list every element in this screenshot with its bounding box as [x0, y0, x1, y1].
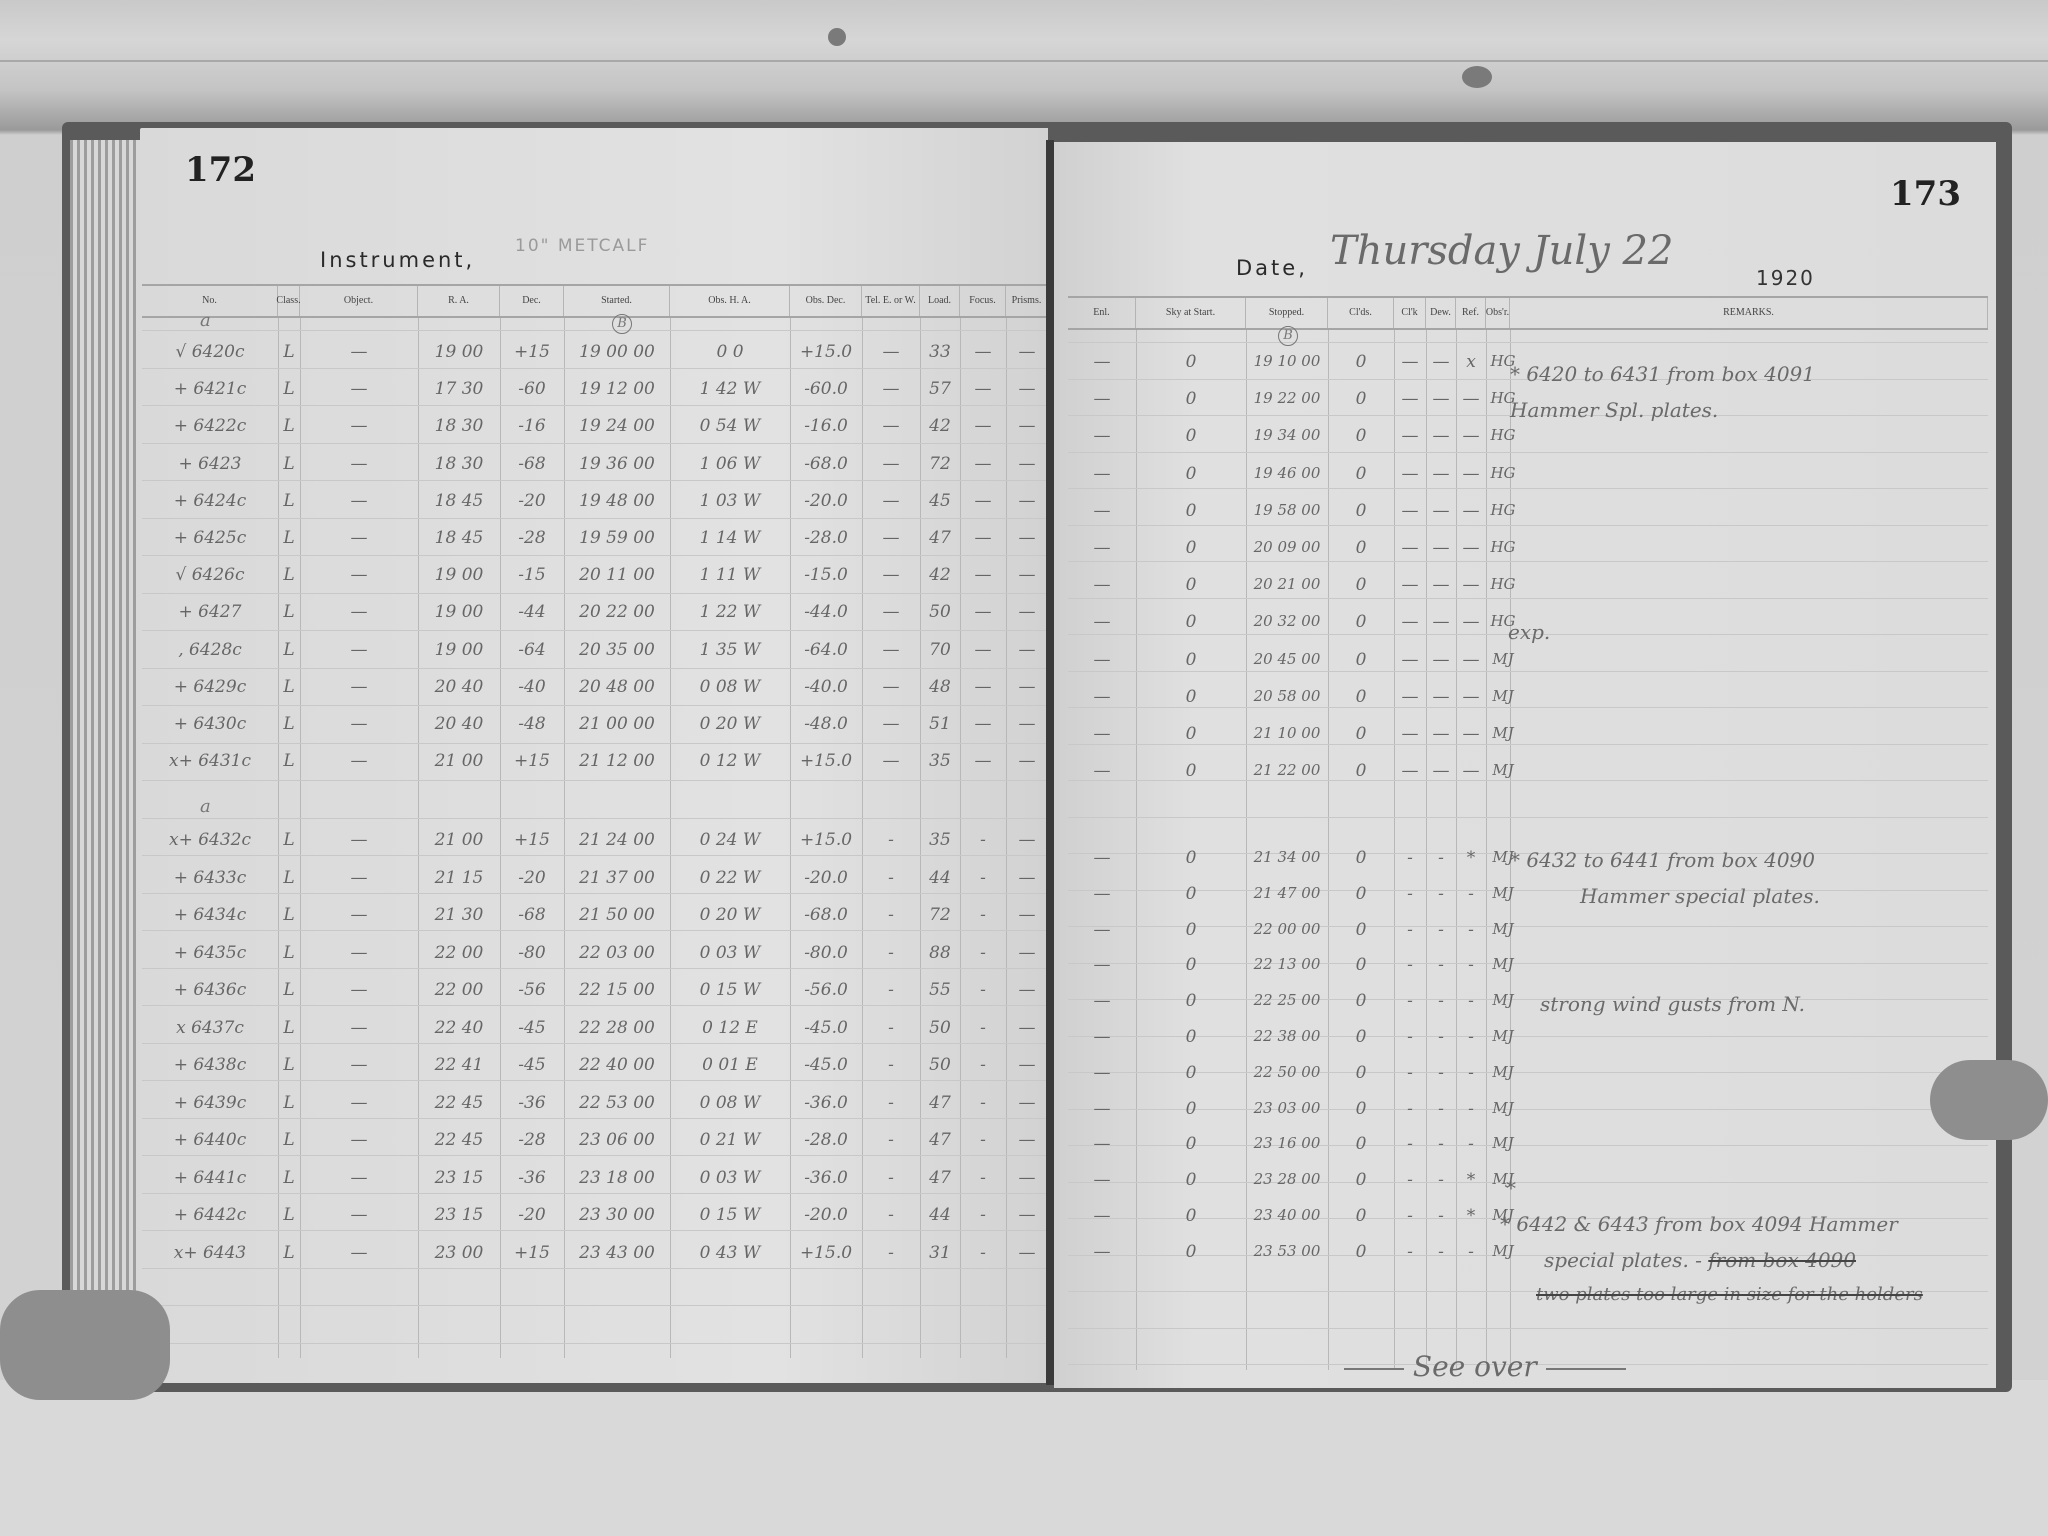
row-rule	[142, 1118, 1048, 1119]
row-rule	[142, 1155, 1048, 1156]
entry-object: —	[300, 830, 418, 850]
entry-dec: -68	[500, 454, 564, 474]
entry-enl: —	[1068, 884, 1136, 904]
entry-sky: 0	[1136, 687, 1246, 707]
entry-enl: —	[1068, 612, 1136, 632]
entry-ref: *	[1456, 848, 1486, 868]
entry-enl: —	[1068, 991, 1136, 1011]
entry-focus: -	[960, 1055, 1006, 1075]
entry-number: x+ 6443	[142, 1243, 278, 1263]
entry-sky: 0	[1136, 761, 1246, 781]
entry-clock: -	[1394, 1206, 1426, 1226]
entry-object: —	[300, 1055, 418, 1075]
entry-class: L	[278, 868, 300, 888]
entry-clouds: 0	[1328, 464, 1394, 484]
entry-stopped: 20 58 00	[1246, 687, 1328, 705]
entry-started: 20 35 00	[564, 640, 670, 660]
row-rule	[1068, 598, 1988, 599]
row-rule	[142, 705, 1048, 706]
entry-clouds: 0	[1328, 1063, 1394, 1083]
entry-obs-ha: 1 06 W	[670, 454, 790, 474]
entry-focus: -	[960, 1130, 1006, 1150]
row-rule	[142, 818, 1048, 819]
entry-clouds: 0	[1328, 761, 1394, 781]
entry-focus: -	[960, 1168, 1006, 1188]
entry-obs-dec: -68.0	[790, 905, 862, 925]
entry-load: 47	[920, 1130, 960, 1150]
entry-number: + 6435c	[142, 943, 278, 963]
entry-focus: —	[960, 602, 1006, 622]
row-rule	[142, 1268, 1048, 1269]
entry-sky: 0	[1136, 1027, 1246, 1047]
entry-load: 35	[920, 751, 960, 771]
entry-number: + 6421c	[142, 379, 278, 399]
footer-note-text: See over	[1413, 1350, 1537, 1383]
entry-object: —	[300, 751, 418, 771]
remark-line: *	[1506, 1176, 1516, 1200]
entry-observer: MJ	[1486, 1063, 1520, 1081]
instrument-value: 10" METCALF	[515, 236, 649, 256]
entry-clouds: 0	[1328, 1242, 1394, 1262]
entry-started: 20 22 00	[564, 602, 670, 622]
entry-dec: -48	[500, 714, 564, 734]
entry-clock: —	[1394, 501, 1426, 521]
row-rule	[142, 743, 1048, 744]
entry-stopped: 20 45 00	[1246, 650, 1328, 668]
entry-ra: 22 45	[418, 1130, 500, 1150]
entry-prisms: —	[1006, 1093, 1048, 1113]
entry-enl: —	[1068, 1063, 1136, 1083]
entry-obs-dec: -60.0	[790, 379, 862, 399]
entry-ref: —	[1456, 612, 1486, 632]
entry-ra: 22 45	[418, 1093, 500, 1113]
entry-ref: —	[1456, 501, 1486, 521]
entry-number: + 6441c	[142, 1168, 278, 1188]
entry-load: 72	[920, 454, 960, 474]
entry-clouds: 0	[1328, 955, 1394, 975]
entry-object: —	[300, 379, 418, 399]
entry-class: L	[278, 677, 300, 697]
entry-sky: 0	[1136, 352, 1246, 372]
entry-clock: —	[1394, 426, 1426, 446]
entry-tel: —	[862, 342, 920, 362]
entry-object: —	[300, 1130, 418, 1150]
entry-tel: -	[862, 1093, 920, 1113]
entry-obs-dec: -36.0	[790, 1093, 862, 1113]
entry-dew: -	[1426, 1099, 1456, 1119]
entry-sky: 0	[1136, 389, 1246, 409]
entry-stopped: 21 22 00	[1246, 761, 1328, 779]
entry-obs-ha: 0 20 W	[670, 905, 790, 925]
entry-stopped: 23 28 00	[1246, 1170, 1328, 1188]
entry-ra: 19 00	[418, 342, 500, 362]
entry-ref: -	[1456, 920, 1486, 940]
entry-started: 20 48 00	[564, 677, 670, 697]
stopped-annotation: B	[1278, 326, 1298, 346]
entry-class: L	[278, 905, 300, 925]
page-number-right: 173	[1890, 174, 1961, 214]
entry-stopped: 22 00 00	[1246, 920, 1328, 938]
entry-started: 21 24 00	[564, 830, 670, 850]
entry-object: —	[300, 868, 418, 888]
entry-obs-ha: 0 54 W	[670, 416, 790, 436]
column-header: Focus.	[960, 286, 1006, 316]
entry-load: 57	[920, 379, 960, 399]
entry-obs-dec: -45.0	[790, 1018, 862, 1038]
entry-ra: 22 00	[418, 943, 500, 963]
row-rule	[142, 630, 1048, 631]
entry-clouds: 0	[1328, 1170, 1394, 1190]
row-rule	[142, 555, 1048, 556]
entry-class: L	[278, 1243, 300, 1263]
row-rule	[142, 1080, 1048, 1081]
entry-ra: 19 00	[418, 565, 500, 585]
entry-enl: —	[1068, 1027, 1136, 1047]
entry-clock: -	[1394, 1027, 1426, 1047]
entry-prisms: —	[1006, 943, 1048, 963]
column-header: R. A.	[418, 286, 500, 316]
entry-dec: -15	[500, 565, 564, 585]
entry-obs-ha: 0 15 W	[670, 1205, 790, 1225]
entry-ra: 23 15	[418, 1168, 500, 1188]
entry-load: 33	[920, 342, 960, 362]
entry-focus: -	[960, 1243, 1006, 1263]
entry-clouds: 0	[1328, 884, 1394, 904]
entry-enl: —	[1068, 1099, 1136, 1119]
entry-enl: —	[1068, 1170, 1136, 1190]
entry-prisms: —	[1006, 868, 1048, 888]
entry-ra: 18 45	[418, 491, 500, 511]
remark-line: special plates. - from box 4090	[1544, 1248, 1856, 1272]
entry-number: + 6425c	[142, 528, 278, 548]
entry-sky: 0	[1136, 538, 1246, 558]
entry-number: , 6428c	[142, 640, 278, 660]
entry-started: 21 50 00	[564, 905, 670, 925]
entry-obs-ha: 0 15 W	[670, 980, 790, 1000]
entry-dew: —	[1426, 352, 1456, 372]
entry-prisms: —	[1006, 379, 1048, 399]
entry-dec: +15	[500, 830, 564, 850]
row-rule	[142, 1005, 1048, 1006]
entry-sky: 0	[1136, 464, 1246, 484]
entry-observer: HG	[1486, 501, 1520, 519]
entry-obs-dec: +15.0	[790, 751, 862, 771]
entry-started: 23 30 00	[564, 1205, 670, 1225]
row-rule	[142, 893, 1048, 894]
entry-observer: MJ	[1486, 724, 1520, 742]
entry-observer: HG	[1486, 464, 1520, 482]
entry-focus: —	[960, 416, 1006, 436]
entry-started: 19 24 00	[564, 416, 670, 436]
row-rule	[142, 855, 1048, 856]
left-table-header: No.Class.Object.R. A.Dec.Started.Obs. H.…	[142, 284, 1048, 318]
entry-enl: —	[1068, 501, 1136, 521]
entry-started: 22 40 00	[564, 1055, 670, 1075]
entry-dew: —	[1426, 724, 1456, 744]
entry-object: —	[300, 342, 418, 362]
entry-observer: HG	[1486, 426, 1520, 444]
row-rule	[142, 780, 1048, 781]
column-header: Tel. E. or W.	[862, 286, 920, 316]
entry-clock: —	[1394, 464, 1426, 484]
entry-focus: -	[960, 1205, 1006, 1225]
entry-sky: 0	[1136, 1206, 1246, 1226]
entry-class: L	[278, 640, 300, 660]
entry-load: 48	[920, 677, 960, 697]
remark-line: * 6420 to 6431 from box 4091	[1510, 362, 1815, 386]
entry-tel: —	[862, 528, 920, 548]
column-header: Dew.	[1426, 298, 1456, 328]
entry-obs-ha: 0 43 W	[670, 1243, 790, 1263]
entry-number: + 6438c	[142, 1055, 278, 1075]
entry-ref: -	[1456, 1063, 1486, 1083]
page-number-left: 172	[185, 150, 256, 190]
entry-focus: —	[960, 454, 1006, 474]
entry-prisms: —	[1006, 1018, 1048, 1038]
entry-load: 44	[920, 1205, 960, 1225]
column-header: Enl.	[1068, 298, 1136, 328]
entry-number: + 6423	[142, 454, 278, 474]
entry-prisms: —	[1006, 751, 1048, 771]
entry-object: —	[300, 602, 418, 622]
remark-line: * 6432 to 6441 from box 4090	[1510, 848, 1815, 872]
entry-prisms: —	[1006, 602, 1048, 622]
entry-sky: 0	[1136, 920, 1246, 940]
entry-clock: —	[1394, 612, 1426, 632]
dash-decoration	[1546, 1368, 1626, 1370]
entry-obs-ha: 1 14 W	[670, 528, 790, 548]
entry-obs-ha: 0 24 W	[670, 830, 790, 850]
row-rule	[1068, 744, 1988, 745]
entry-dec: -45	[500, 1018, 564, 1038]
entry-dew: —	[1426, 687, 1456, 707]
entry-prisms: —	[1006, 714, 1048, 734]
entry-dec: +15	[500, 342, 564, 362]
entry-dec: -80	[500, 943, 564, 963]
entry-dec: -60	[500, 379, 564, 399]
entry-prisms: —	[1006, 980, 1048, 1000]
entry-focus: —	[960, 565, 1006, 585]
entry-clouds: 0	[1328, 352, 1394, 372]
entry-obs-dec: -48.0	[790, 714, 862, 734]
entry-class: L	[278, 528, 300, 548]
entry-ra: 21 00	[418, 751, 500, 771]
entry-stopped: 19 58 00	[1246, 501, 1328, 519]
entry-number: + 6424c	[142, 491, 278, 511]
entry-started: 21 37 00	[564, 868, 670, 888]
entry-obs-dec: -80.0	[790, 943, 862, 963]
entry-focus: —	[960, 491, 1006, 511]
entry-prisms: —	[1006, 416, 1048, 436]
entry-stopped: 23 40 00	[1246, 1206, 1328, 1224]
entry-clock: -	[1394, 920, 1426, 940]
entry-observer: MJ	[1486, 687, 1520, 705]
entry-clock: -	[1394, 991, 1426, 1011]
entry-obs-ha: 0 20 W	[670, 714, 790, 734]
entry-obs-ha: 0 03 W	[670, 1168, 790, 1188]
entry-load: 35	[920, 830, 960, 850]
entry-clouds: 0	[1328, 724, 1394, 744]
entry-obs-dec: -64.0	[790, 640, 862, 660]
entry-number: + 6439c	[142, 1093, 278, 1113]
entry-ra: 17 30	[418, 379, 500, 399]
entry-ra: 21 15	[418, 868, 500, 888]
entry-object: —	[300, 980, 418, 1000]
entry-load: 47	[920, 528, 960, 548]
entry-dec: -20	[500, 1205, 564, 1225]
entry-dec: -16	[500, 416, 564, 436]
entry-started: 22 53 00	[564, 1093, 670, 1113]
entry-dew: —	[1426, 389, 1456, 409]
entry-object: —	[300, 640, 418, 660]
entry-class: L	[278, 1130, 300, 1150]
entry-number: x 6437c	[142, 1018, 278, 1038]
remark-line: Hammer special plates.	[1580, 884, 1820, 908]
entry-clock: —	[1394, 575, 1426, 595]
entry-obs-dec: -28.0	[790, 528, 862, 548]
entry-prisms: —	[1006, 565, 1048, 585]
entry-started: 23 43 00	[564, 1243, 670, 1263]
entry-focus: —	[960, 751, 1006, 771]
entry-sky: 0	[1136, 991, 1246, 1011]
entry-stopped: 19 22 00	[1246, 389, 1328, 407]
entry-class: L	[278, 602, 300, 622]
entry-enl: —	[1068, 464, 1136, 484]
entry-stopped: 20 09 00	[1246, 538, 1328, 556]
entry-sky: 0	[1136, 1099, 1246, 1119]
entry-class: L	[278, 565, 300, 585]
entry-object: —	[300, 565, 418, 585]
row-rule	[1068, 707, 1988, 708]
thumb-right	[1930, 1060, 2048, 1140]
entry-tel: -	[862, 1055, 920, 1075]
entry-tel: —	[862, 751, 920, 771]
entry-clouds: 0	[1328, 687, 1394, 707]
entry-clock: -	[1394, 848, 1426, 868]
entry-sky: 0	[1136, 1242, 1246, 1262]
entry-clock: -	[1394, 1170, 1426, 1190]
entry-clock: -	[1394, 1242, 1426, 1262]
entry-prisms: —	[1006, 1205, 1048, 1225]
entry-dec: -36	[500, 1093, 564, 1113]
remark-text: special plates. -	[1544, 1248, 1702, 1272]
entry-clock: -	[1394, 1134, 1426, 1154]
entry-dew: -	[1426, 1134, 1456, 1154]
entry-load: 47	[920, 1168, 960, 1188]
entry-clouds: 0	[1328, 389, 1394, 409]
entry-object: —	[300, 416, 418, 436]
entry-started: 19 48 00	[564, 491, 670, 511]
entry-tel: -	[862, 830, 920, 850]
entry-started: 19 00 00	[564, 342, 670, 362]
entry-enl: —	[1068, 575, 1136, 595]
entry-dew: -	[1426, 1242, 1456, 1262]
entry-ra: 18 30	[418, 454, 500, 474]
entry-stopped: 23 03 00	[1246, 1099, 1328, 1117]
entry-obs-dec: +15.0	[790, 1243, 862, 1263]
entry-obs-ha: 1 35 W	[670, 640, 790, 660]
entry-dew: —	[1426, 650, 1456, 670]
entry-obs-ha: 1 22 W	[670, 602, 790, 622]
entry-enl: —	[1068, 724, 1136, 744]
entry-object: —	[300, 714, 418, 734]
entry-tel: -	[862, 943, 920, 963]
entry-observer: MJ	[1486, 1027, 1520, 1045]
entry-ref: —	[1456, 426, 1486, 446]
entry-stopped: 23 53 00	[1246, 1242, 1328, 1260]
entry-dew: —	[1426, 612, 1456, 632]
entry-obs-dec: -20.0	[790, 491, 862, 511]
entry-sky: 0	[1136, 575, 1246, 595]
column-header: Object.	[300, 286, 418, 316]
entry-class: L	[278, 830, 300, 850]
entry-started: 21 12 00	[564, 751, 670, 771]
entry-observer: MJ	[1486, 1134, 1520, 1152]
entry-dew: —	[1426, 464, 1456, 484]
entry-dec: -28	[500, 528, 564, 548]
entry-prisms: —	[1006, 640, 1048, 660]
entry-observer: MJ	[1486, 884, 1520, 902]
entry-obs-dec: -56.0	[790, 980, 862, 1000]
entry-enl: —	[1068, 389, 1136, 409]
entry-obs-ha: 0 12 W	[670, 751, 790, 771]
entry-tel: -	[862, 868, 920, 888]
entry-observer: MJ	[1486, 650, 1520, 668]
entry-prisms: —	[1006, 830, 1048, 850]
column-header: Obs'r.	[1486, 298, 1510, 328]
entry-class: L	[278, 379, 300, 399]
column-header: Sky at Start.	[1136, 298, 1246, 328]
entry-load: 45	[920, 491, 960, 511]
entry-enl: —	[1068, 687, 1136, 707]
entry-dec: -20	[500, 491, 564, 511]
entry-tel: -	[862, 980, 920, 1000]
entry-prisms: —	[1006, 342, 1048, 362]
entry-tel: —	[862, 491, 920, 511]
entry-ra: 21 00	[418, 830, 500, 850]
entry-ref: —	[1456, 724, 1486, 744]
entry-dew: -	[1426, 848, 1456, 868]
entry-sky: 0	[1136, 955, 1246, 975]
entry-number: x+ 6431c	[142, 751, 278, 771]
entry-ra: 23 15	[418, 1205, 500, 1225]
entry-ref: —	[1456, 464, 1486, 484]
entry-clock: -	[1394, 1099, 1426, 1119]
row-rule	[142, 930, 1048, 931]
entry-sky: 0	[1136, 1134, 1246, 1154]
entry-dec: -45	[500, 1055, 564, 1075]
entry-class: L	[278, 943, 300, 963]
right-table-header: Enl.Sky at Start.Stopped.Cl'ds.Cl'kDew.R…	[1068, 296, 1988, 330]
entry-started: 23 06 00	[564, 1130, 670, 1150]
entry-stopped: 22 25 00	[1246, 991, 1328, 1009]
date-value: Thursday July 22	[1330, 228, 1673, 274]
entry-load: 72	[920, 905, 960, 925]
entry-ref: -	[1456, 1099, 1486, 1119]
entry-obs-ha: 0 12 E	[670, 1018, 790, 1038]
entry-dew: -	[1426, 884, 1456, 904]
entry-clouds: 0	[1328, 1099, 1394, 1119]
instrument-label: Instrument,	[320, 248, 475, 272]
entry-ref: —	[1456, 389, 1486, 409]
row-rule	[142, 368, 1048, 369]
entry-stopped: 22 13 00	[1246, 955, 1328, 973]
entry-enl: —	[1068, 1134, 1136, 1154]
entry-dew: —	[1426, 426, 1456, 446]
entry-clouds: 0	[1328, 650, 1394, 670]
entry-ra: 21 30	[418, 905, 500, 925]
entry-obs-ha: 0 08 W	[670, 677, 790, 697]
